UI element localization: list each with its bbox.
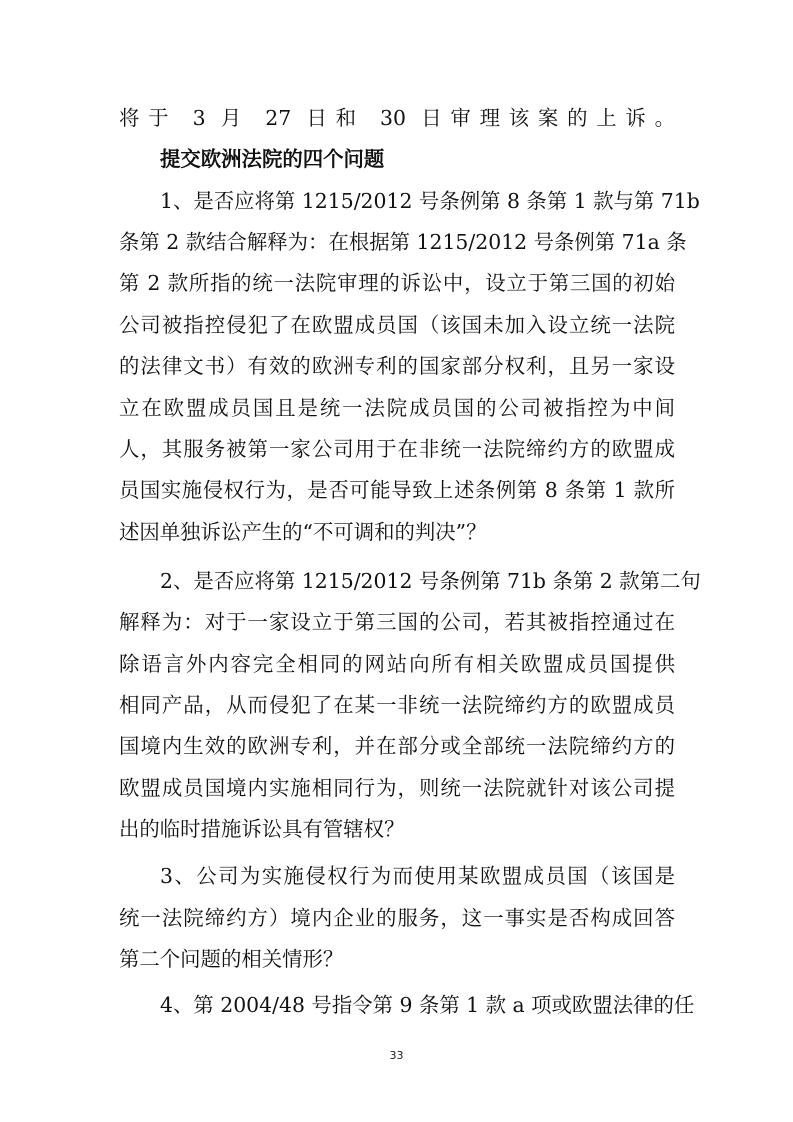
question-1-line: 1、是否应将第 1215/2012 号条例第 8 条第 1 款与第 71b [160,186,675,216]
section-heading: 提交欧洲法院的四个问题 [160,144,675,174]
question-1-line: 人，其服务被第一家公司用于在非统一法院缔约方的欧盟成 [119,434,675,464]
question-2-line: 解释为：对于一家设立于第三国的公司，若其被指控通过在 [119,607,675,637]
question-2-line: 国境内生效的欧洲专利，并在部分或全部统一法院缔约方的 [119,731,675,761]
question-2-line: 相同产品，从而侵犯了在某一非统一法院缔约方的欧盟成员 [119,690,675,720]
question-1-line: 立在欧盟成员国且是统一法院成员国的公司被指控为中间 [119,393,675,423]
question-4-line: 4、第 2004/48 号指令第 9 条第 1 款 a 项或欧盟法律的任 [160,990,675,1020]
question-1-line: 条第 2 款结合解释为：在根据第 1215/2012 号条例第 71a 条 [119,227,675,257]
question-1-line: 公司被指控侵犯了在欧盟成员国（该国未加入设立统一法院 [119,310,675,340]
question-2-line: 欧盟成员国境内实施相同行为，则统一法院就针对该公司提 [119,773,675,803]
question-1-line: 第 2 款所指的统一法院审理的诉讼中，设立于第三国的初始 [119,268,675,298]
page-number: 33 [0,1049,793,1062]
question-2-line: 出的临时措施诉讼具有管辖权？ [119,814,675,844]
question-1-line: 的法律文书）有效的欧洲专利的国家部分权利，且另一家设 [119,351,675,381]
question-1-line: 述因单独诉讼产生的“不可调和的判决”？ [119,517,675,547]
paragraph-line-hearing-date: 将于 3 月 27 日和 30 日审理该案的上诉。 [119,103,675,133]
question-1-line: 员国实施侵权行为，是否可能导致上述条例第 8 条第 1 款所 [119,475,675,505]
question-3-line: 第二个问题的相关情形？ [119,944,675,974]
question-3-line: 3、公司为实施侵权行为而使用某欧盟成员国（该国是 [160,861,675,891]
question-2-line: 2、是否应将第 1215/2012 号条例第 71b 条第 2 款第二句 [160,566,675,596]
document-page: 将于 3 月 27 日和 30 日审理该案的上诉。 提交欧洲法院的四个问题 1、… [0,0,793,1122]
question-3-line: 统一法院缔约方）境内企业的服务，这一事实是否构成回答 [119,903,675,933]
question-2-line: 除语言外内容完全相同的网站向所有相关欧盟成员国提供 [119,649,675,679]
